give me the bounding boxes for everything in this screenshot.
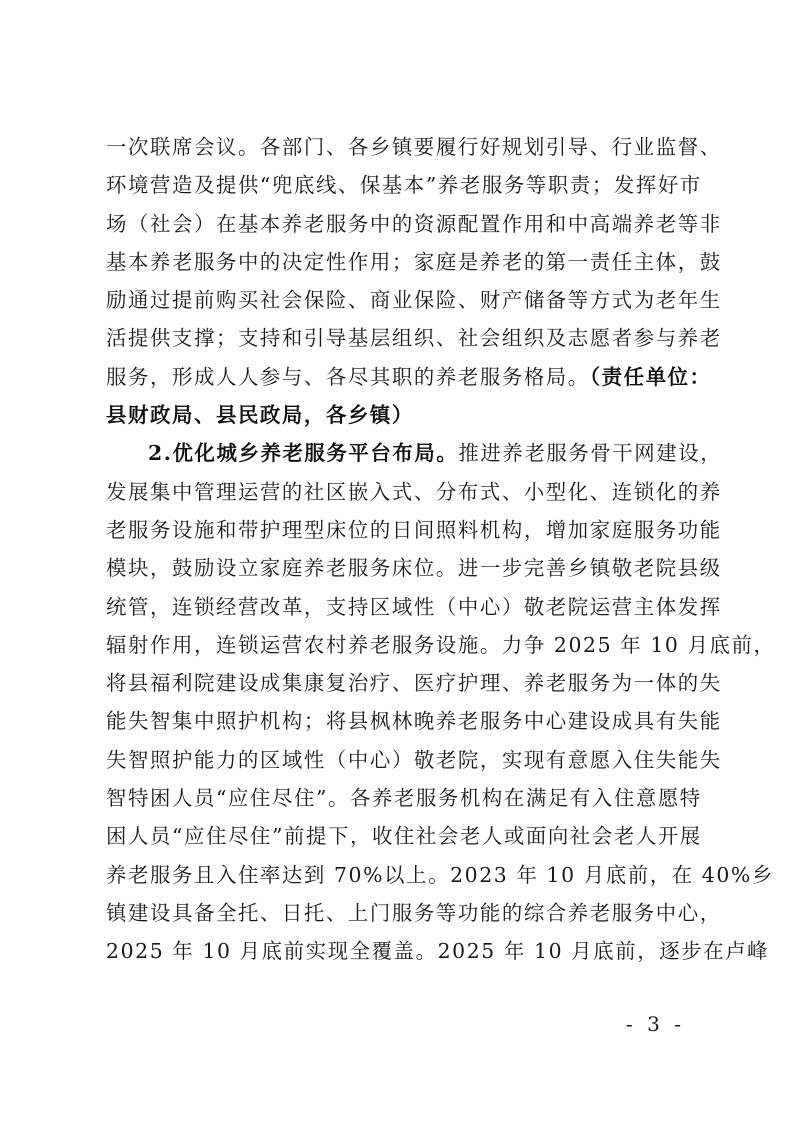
text-line: 活提供支撑；支持和引导基层组织、社会组织及志愿者参与养老 bbox=[106, 319, 690, 357]
text-line: 统管，连锁经营改革，支持区域性（中心）敬老院运营主体发挥 bbox=[106, 588, 690, 626]
section-heading: 2.优化城乡养老服务平台布局。 bbox=[148, 441, 458, 465]
section-heading-line: 2.优化城乡养老服务平台布局。推进养老服务骨干网建设， bbox=[106, 434, 690, 472]
responsibility-units: 县财政局、县民政局，各乡镇） bbox=[106, 396, 690, 434]
text-line: 发展集中管理运营的社区嵌入式、分布式、小型化、连锁化的养 bbox=[106, 473, 690, 511]
text-line: 辐射作用，连锁运营农村养老服务设施。力争 2025 年 10 月底前， bbox=[106, 626, 690, 664]
page-number: - 3 - bbox=[626, 1012, 685, 1036]
text-line: 老服务设施和带护理型床位的日间照料机构，增加家庭服务功能 bbox=[106, 511, 690, 549]
text-line-with-responsibility: 服务，形成人人参与、各尽其职的养老服务格局。（责任单位： bbox=[106, 358, 690, 396]
text-line: 模块，鼓励设立家庭养老服务床位。进一步完善乡镇敬老院县级 bbox=[106, 549, 690, 587]
document-page: 一次联席会议。各部门、各乡镇要履行好规划引导、行业监督、 环境营造及提供“兜底线… bbox=[0, 0, 793, 1122]
text-line: 养老服务且入住率达到 70%以上。2023 年 10 月底前，在 40%乡 bbox=[106, 856, 690, 894]
responsibility-label: （责任单位： bbox=[590, 365, 712, 389]
text-line: 智特困人员“应住尽住”。各养老服务机构在满足有入住意愿特 bbox=[106, 779, 690, 817]
text-line: 一次联席会议。各部门、各乡镇要履行好规划引导、行业监督、 bbox=[106, 128, 690, 166]
text-line: 镇建设具备全托、日托、上门服务等功能的综合养老服务中心， bbox=[106, 894, 690, 932]
text-line: 基本养老服务中的决定性作用；家庭是养老的第一责任主体，鼓 bbox=[106, 243, 690, 281]
text-segment: 服务，形成人人参与、各尽其职的养老服务格局。 bbox=[106, 365, 590, 389]
text-line: 困人员“应住尽住”前提下，收住社会老人或面向社会老人开展 bbox=[106, 817, 690, 855]
text-line: 能失智集中照护机构；将县枫林晚养老服务中心建设成具有失能 bbox=[106, 702, 690, 740]
text-line: 场（社会）在基本养老服务中的资源配置作用和中高端养老等非 bbox=[106, 205, 690, 243]
text-line: 环境营造及提供“兜底线、保基本”养老服务等职责；发挥好市 bbox=[106, 166, 690, 204]
text-segment: 推进养老服务骨干网建设， bbox=[458, 441, 722, 465]
text-line: 2025 年 10 月底前实现全覆盖。2025 年 10 月底前，逐步在卢峰 bbox=[106, 932, 690, 970]
document-body: 一次联席会议。各部门、各乡镇要履行好规划引导、行业监督、 环境营造及提供“兜底线… bbox=[106, 128, 690, 971]
text-line: 将县福利院建设成集康复治疗、医疗护理、养老服务为一体的失 bbox=[106, 664, 690, 702]
text-line: 励通过提前购买社会保险、商业保险、财产储备等方式为老年生 bbox=[106, 281, 690, 319]
text-line: 失智照护能力的区域性（中心）敬老院，实现有意愿入住失能失 bbox=[106, 741, 690, 779]
